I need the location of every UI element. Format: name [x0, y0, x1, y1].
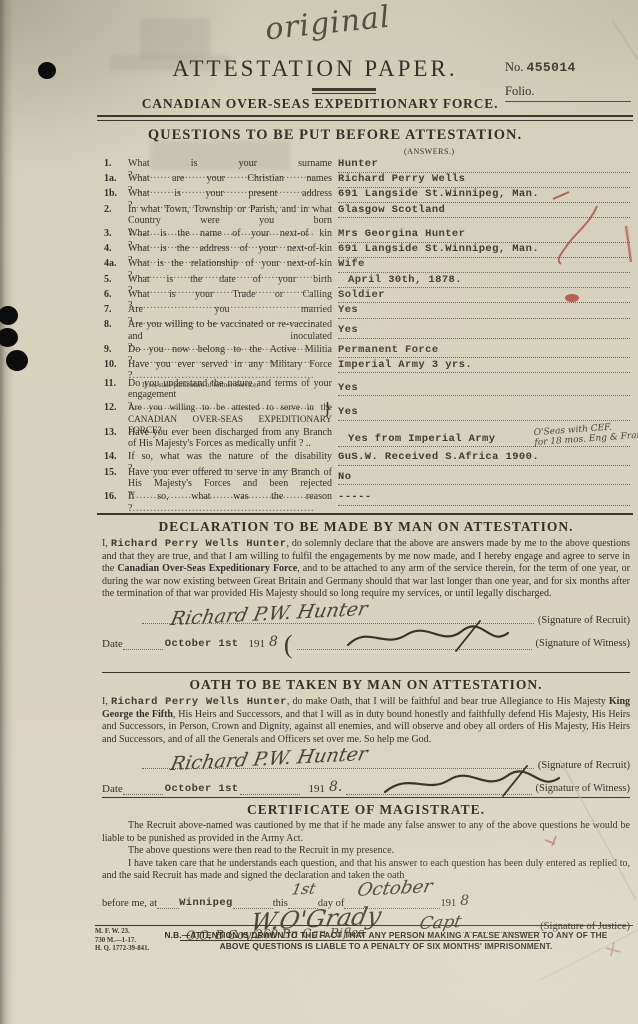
question-row-10: 10. Have you ever served in any Military…: [104, 359, 630, 378]
oath-paragraph: I, Richard Perry Wells Hunter, do make O…: [102, 696, 630, 746]
question-row-7: 7. Are you married ? Yes: [104, 304, 630, 319]
hole-punch: [0, 328, 18, 347]
dotted-leader: [123, 635, 163, 650]
questions-list: 1. What is your surname ? Hunter 1a. Wha…: [104, 158, 630, 506]
certificate-heading: CERTIFICATE OF MAGISTRATE.: [102, 802, 630, 818]
question-row-15: 15. Have you ever offered to serve in an…: [104, 467, 630, 492]
serial-number: 455014: [527, 60, 576, 75]
answer-text: Permanent Force: [338, 344, 439, 356]
question-row-5: 5. What is the date of your birth ? Apri…: [104, 274, 630, 289]
oath-heading: OATH TO BE TAKEN BY MAN ON ATTESTATION.: [102, 677, 630, 693]
page-title: ATTESTATION PAPER.: [100, 56, 530, 82]
answer-text: Soldier: [338, 289, 385, 301]
serial-number-block: No. 455014: [505, 60, 576, 75]
question-row-14: 14. If so, what was the nature of the di…: [104, 451, 630, 466]
date-label: Date: [102, 783, 123, 795]
footer-rule: [95, 925, 633, 926]
dotted-leader: [123, 780, 163, 795]
question-text: Have you ever been discharged from any B…: [128, 427, 332, 450]
hole-punch: [6, 350, 28, 371]
before-me-label: before me, at: [102, 898, 157, 909]
force-subtitle: CANADIAN OVER-SEAS EXPEDITIONARY FORCE.: [100, 96, 540, 112]
form-ref-line: M. F. W. 23.: [95, 928, 149, 937]
answer-text: No: [338, 471, 351, 483]
date-typed: October 1st: [165, 638, 239, 650]
recruit-signature: Richard P.W. Hunter: [169, 743, 370, 775]
question-row-4: 4. What is the address of your next-of-k…: [104, 243, 630, 258]
signature-of-recruit-label: (Signature of Recruit): [538, 615, 630, 626]
answer-text: Hunter: [338, 158, 378, 170]
date-label: Date: [102, 638, 123, 650]
question-number: 4.: [104, 243, 128, 255]
question-number: 10.: [104, 359, 128, 371]
question-row-1: 1. What is your surname ? Hunter: [104, 158, 630, 173]
answer-text: Yes: [338, 304, 358, 316]
recruit-name-typed: Richard Perry Wells Hunter: [111, 538, 287, 550]
question-number: 7.: [104, 304, 128, 316]
question-row-11: 11. Do you understand the nature and ter…: [104, 378, 630, 403]
question-row-16: 16. If so, what was the reason ? -----: [104, 491, 630, 506]
question-number: 2.: [104, 204, 128, 216]
answer-text: Yes: [338, 406, 358, 418]
question-number: 16.: [104, 491, 128, 503]
nb-warning-notice: N.B.—ATTENTION IS DRAWN TO THE FACT THAT…: [160, 930, 612, 952]
question-row-3: 3. What is the name of your next-of kin …: [104, 228, 630, 243]
question-row-2: 2. In what Town, Township or Parish, and…: [104, 204, 630, 229]
answer-text: April 30th, 1878.: [348, 274, 462, 286]
bleed-through-smudge: [140, 18, 210, 58]
day-handwritten: 1st: [290, 879, 317, 898]
questions-bottom-rule: [97, 513, 633, 515]
dotted-leader: [240, 780, 300, 795]
date-typed: October 1st: [165, 783, 239, 795]
question-number: 4a.: [104, 258, 128, 270]
recruit-signature: Richard P.W. Hunter: [169, 598, 370, 630]
question-number: 6.: [104, 289, 128, 301]
answer-text: GuS.W. Received S.Africa 1900.: [338, 451, 539, 463]
question-number: 15.: [104, 467, 128, 479]
recruit-name-typed: Richard Perry Wells Hunter: [111, 696, 287, 708]
question-number: 13.: [104, 427, 128, 439]
answer-text: Yes from Imperial Army: [348, 433, 495, 445]
question-number: 9.: [104, 344, 128, 356]
certificate-paragraph-1: The Recruit above-named was cautioned by…: [102, 820, 630, 845]
parenthesis-mark: (: [284, 640, 293, 650]
question-number: 1a.: [104, 173, 128, 185]
form-ref-line: 730 M.—1-17.: [95, 937, 149, 946]
question-row-12: 12. Are you willing to be attested to se…: [104, 402, 630, 427]
year-handwritten: 8: [460, 893, 469, 909]
question-number: 14.: [104, 451, 128, 463]
answer-text: -----: [338, 491, 372, 503]
hole-punch: [0, 306, 18, 325]
witness-signature-scrawl: [344, 623, 514, 653]
attestation-paper-scan: original ATTESTATION PAPER. No. 455014 F…: [0, 0, 638, 1024]
question-row-9: 9. Do you now belong to the Active Milit…: [104, 344, 630, 359]
oath-section: OATH TO BE TAKEN BY MAN ON ATTESTATION. …: [102, 672, 630, 795]
declaration-paragraph: I, Richard Perry Wells Hunter, do solemn…: [102, 538, 630, 601]
question-number: 1b.: [104, 188, 128, 200]
year-handwritten: 8.: [329, 779, 342, 795]
year-printed: 191: [308, 783, 325, 795]
questions-heading: QUESTIONS TO BE PUT BEFORE ATTESTATION.: [100, 127, 570, 144]
answer-text: Wife: [338, 258, 365, 270]
question-row-4a: 4a. What is the relationship of your nex…: [104, 258, 630, 273]
intro-label: I,: [102, 538, 108, 549]
header-double-rule: [97, 115, 633, 121]
place-typed: Winnipeg: [179, 897, 233, 909]
answers-column-label: (ANSWERS.): [404, 147, 455, 156]
form-ref-line: H. Q. 1772-39-841.: [95, 945, 149, 954]
year-handwritten: 8: [269, 634, 278, 650]
dotted-leader: [157, 894, 179, 909]
intro-label: I,: [102, 696, 108, 707]
brace-glyph: }: [323, 403, 332, 415]
answer-text: Richard Perry Wells: [338, 173, 465, 185]
year-printed: 191: [248, 638, 265, 650]
answer-text: Mrs Georgina Hunter: [338, 228, 465, 240]
form-reference-numbers: M. F. W. 23. 730 M.—1-17. H. Q. 1772-39-…: [95, 928, 149, 954]
question-number: 11.: [104, 378, 128, 390]
question-row-6: 6. What is your Trade or Calling ? Soldi…: [104, 289, 630, 304]
question-number: 1.: [104, 158, 128, 170]
question-number: 3.: [104, 228, 128, 240]
hole-punch: [38, 62, 56, 79]
number-label: No.: [505, 60, 523, 74]
question-row-8: 8. Are you willing to be vaccinated or r…: [104, 319, 630, 344]
question-row-13: 13. Have you ever been discharged from a…: [104, 427, 630, 452]
witness-signature-scrawl: [383, 768, 563, 798]
dotted-leader: [132, 503, 314, 514]
month-handwritten: October: [356, 876, 435, 901]
handwritten-original-note: original: [264, 0, 393, 47]
certificate-paragraph-2: The above questions were then read to th…: [102, 845, 630, 858]
answer-text: 691 Langside St.Winnipeg, Man.: [338, 188, 539, 200]
question-number: 8.: [104, 319, 128, 331]
question-row-1a: 1a. What are your Christian names ? Rich…: [104, 173, 630, 188]
signature-of-witness-label: (Signature of Witness): [536, 638, 630, 649]
question-number: 12.: [104, 402, 128, 414]
force-name-bold: Canadian Over-Seas Expeditionary Force: [117, 563, 297, 574]
declaration-date-row: Date October 1st 191 8 ( (Signature of W…: [102, 628, 630, 650]
question-number: 5.: [104, 274, 128, 286]
answer-text: Yes: [338, 382, 358, 394]
year-printed: 191: [440, 898, 456, 909]
declaration-heading: DECLARATION TO BE MADE BY MAN ON ATTESTA…: [102, 519, 630, 535]
answer-text: Yes: [338, 324, 358, 336]
question-row-1b: 1b. What is your present address ? 691 L…: [104, 188, 630, 203]
certificate-section: CERTIFICATE OF MAGISTRATE. The Recruit a…: [102, 797, 630, 944]
oath-body-pre: , do make Oath, that I will be faithful …: [287, 696, 609, 707]
oath-body-post: , His Heirs and Successors, and that I w…: [102, 709, 630, 745]
answer-text: 691 Langside St.Winnipeg, Man.: [338, 243, 539, 255]
title-rule: [312, 88, 376, 94]
declaration-section: DECLARATION TO BE MADE BY MAN ON ATTESTA…: [102, 519, 630, 650]
answer-text: Imperial Army 3 yrs.: [338, 359, 472, 371]
answer-text: Glasgow Scotland: [338, 204, 445, 216]
oath-date-row: Date October 1st 191 8. (Signature of Wi…: [102, 773, 630, 795]
